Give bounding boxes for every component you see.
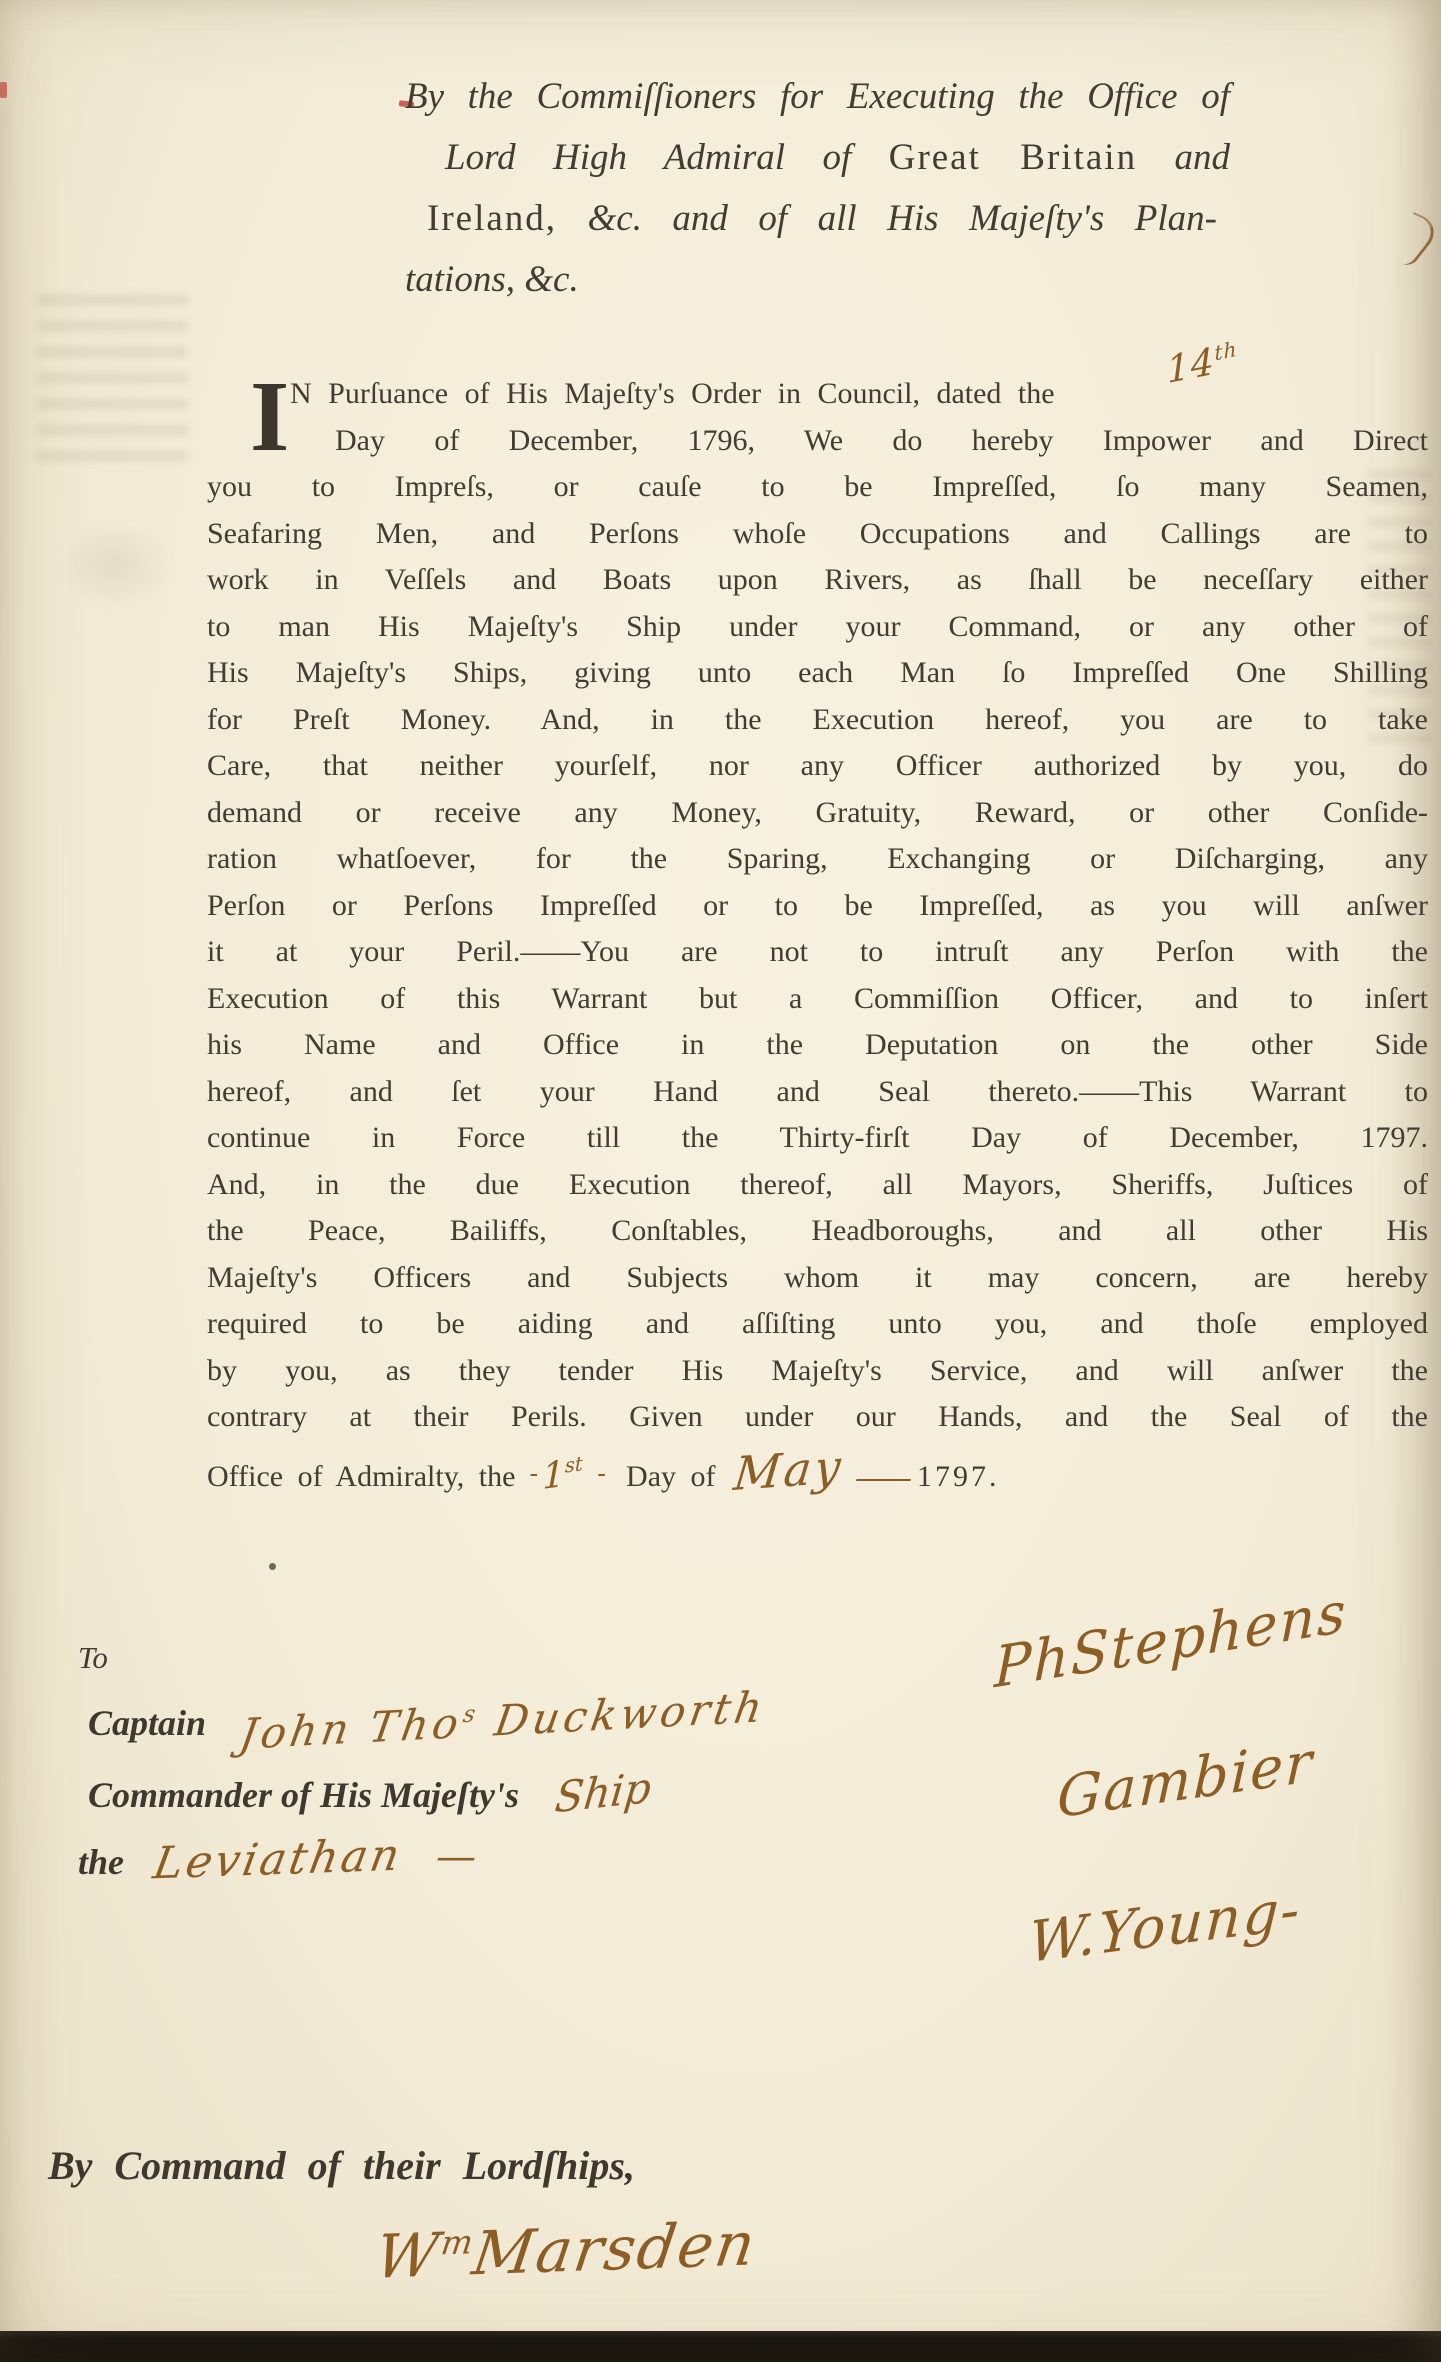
letterhead-text-roman: Ireland, <box>427 198 557 239</box>
signature-marsden: WmMarsden <box>371 2209 761 2293</box>
body-line-3: you to Impreſs, or cauſe to be Impreſſed… <box>207 464 1428 511</box>
body-line-7: His Majeſty's Ships, giving unto each Ma… <box>207 650 1428 697</box>
handwritten-rule: —— <box>855 1461 909 1496</box>
closing-date-line: Office of Admiralty, the - 1st - Day of … <box>207 1443 1428 1497</box>
handwritten-captain-name: John Thos Duckworth <box>236 1682 769 1759</box>
signature-young: W.Young- <box>1027 1877 1303 1976</box>
handwritten-ship-name: Leviathan <box>150 1829 407 1889</box>
handwritten-dash: - <box>597 1459 606 1489</box>
signature-stephens: PhStephens <box>994 1580 1348 1702</box>
scan-edge-bar <box>0 2331 1441 2362</box>
handwritten-day-suffix: th <box>1214 337 1238 366</box>
address-ship-row: the Leviathan — <box>78 1834 476 1885</box>
body-line-1: N Purſuance of His Majeſty's Order in Co… <box>207 371 1428 418</box>
captain-label: Captain <box>88 1702 206 1744</box>
address-to-label: To <box>78 1640 108 1676</box>
body-line-12: Perſon or Perſons Impreſſed or to be Imp… <box>207 883 1428 930</box>
body-line-21: required to be aiding and aſſiſting unto… <box>207 1301 1428 1348</box>
letterhead-text-roman: Great Britain <box>889 137 1137 178</box>
captain-name-part: John Tho <box>236 1698 465 1759</box>
closing-year: 1797. <box>917 1460 1000 1494</box>
closing-printed-text: Day of <box>626 1460 715 1494</box>
body-line-16: hereof, and ſet your Hand and Seal there… <box>207 1069 1428 1116</box>
letterhead-text: &c. and of all His Majeſty's Plan- <box>588 198 1218 239</box>
letterhead-line-2: Lord High Admiral of Great Britain and <box>405 127 1230 188</box>
letterhead: By the Commiſſioners for Executing the O… <box>405 66 1230 310</box>
secretary-name-part: W <box>371 2220 445 2293</box>
body-line-17: continue in Force till the Thirty-firſt … <box>207 1115 1428 1162</box>
captain-name-superscript: s <box>461 1701 481 1728</box>
paper-stain <box>55 520 175 610</box>
address-commander-row: Commander of His Majeſty's Ship <box>88 1768 651 1817</box>
handwritten-day-number: 14 <box>1166 339 1216 392</box>
body-line-11: ration whatſoever, for the Sparing, Exch… <box>207 836 1428 883</box>
body-line-14: Execution of this Warrant but a Commiſſi… <box>207 976 1428 1023</box>
handwritten-month-may: May <box>731 1439 846 1501</box>
letterhead-text: By the Commiſſioners for Executing the O… <box>405 76 1230 117</box>
by-command-line: By Command of their Lordſhips, <box>48 2142 635 2189</box>
letterhead-text: Lord High Admiral of <box>445 137 851 178</box>
ink-flourish-mark <box>1381 212 1441 268</box>
body-line-13: it at your Peril.——You are not to intruſ… <box>207 929 1428 976</box>
captain-name-part: Duckworth <box>491 1682 769 1746</box>
body-line-2: Day of December, 1796, We do hereby Impo… <box>207 418 1428 465</box>
body-line-4: Seafaring Men, and Perſons whoſe Occupat… <box>207 511 1428 558</box>
handwritten-day-1st: 1st <box>542 1451 583 1498</box>
warrant-document-page: By the Commiſſioners for Executing the O… <box>0 0 1441 2362</box>
body-line-15: his Name and Office in the Deputation on… <box>207 1022 1428 1069</box>
body-line-23: contrary at their Perils. Given under ou… <box>207 1394 1428 1441</box>
letterhead-line-1: By the Commiſſioners for Executing the O… <box>405 66 1230 127</box>
address-captain-row: Captain John Thos Duckworth <box>88 1696 766 1745</box>
body-line-8: for Preſt Money. And, in the Execution h… <box>207 697 1428 744</box>
handwritten-day-suffix: st <box>565 1452 583 1478</box>
body-lines: N Purſuance of His Majeſty's Order in Co… <box>207 371 1428 1441</box>
body-line-18: And, in the due Execution thereof, all M… <box>207 1162 1428 1209</box>
body-line-9: Care, that neither yourſelf, nor any Off… <box>207 743 1428 790</box>
body-line-5: work in Veſſels and Boats upon Rivers, a… <box>207 557 1428 604</box>
handwritten-day-number: 1 <box>542 1453 565 1498</box>
body-line-6: to man His Majeſty's Ship under your Com… <box>207 604 1428 651</box>
red-edge-mark <box>0 82 7 98</box>
letterhead-line-3: Ireland, &c. and of all His Majeſty's Pl… <box>405 188 1217 249</box>
handwritten-dash: — <box>436 1834 476 1880</box>
the-label: the <box>78 1841 124 1883</box>
secretary-name-part: Marsden <box>468 2209 761 2289</box>
ink-dot <box>269 1563 276 1570</box>
bleed-through-smudge <box>38 295 188 475</box>
commander-label: Commander of His Majeſty's <box>88 1774 519 1816</box>
letterhead-text: and <box>1175 137 1231 178</box>
handwritten-dash: - <box>529 1459 538 1489</box>
letterhead-text: tations, &c. <box>405 259 579 300</box>
body-line-10: demand or receive any Money, Gratuity, R… <box>207 790 1428 837</box>
closing-printed-text: Office of Admiralty, the <box>207 1460 515 1494</box>
signature-gambier: Gambier <box>1056 1730 1315 1832</box>
body-line-20: Majeſty's Officers and Subjects whom it … <box>207 1255 1428 1302</box>
body-line-19: the Peace, Bailiffs, Conſtables, Headbor… <box>207 1208 1428 1255</box>
body-line-22: by you, as they tender His Majeſty's Ser… <box>207 1348 1428 1395</box>
letterhead-line-4: tations, &c. <box>405 249 1230 310</box>
handwritten-ship-word: Ship <box>553 1763 654 1823</box>
